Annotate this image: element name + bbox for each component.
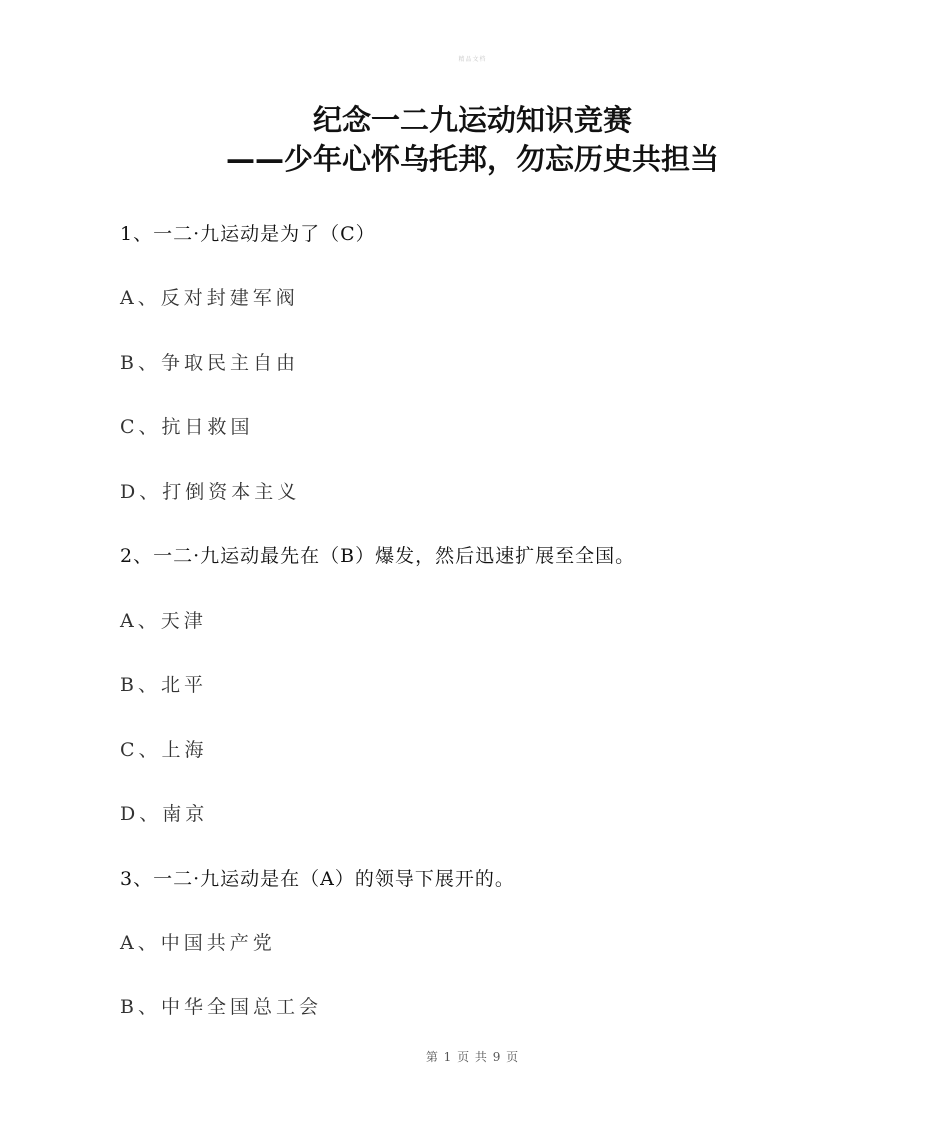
document-subtitle: ——少年心怀乌托邦，勿忘历史共担当 [0, 141, 945, 177]
page-footer: 第 1 页 共 9 页 [0, 1048, 945, 1065]
question-2-option-c: C、上海 [120, 738, 208, 762]
question-1: 1、一二·九运动是为了（C） [120, 222, 376, 246]
question-2-option-a: A、天津 [120, 609, 207, 633]
question-1-option-a: A、反对封建军阀 [120, 286, 299, 310]
question-3: 3、一二·九运动是在（A）的领导下展开的。 [120, 867, 515, 891]
question-2-option-b: B、北平 [120, 673, 207, 697]
question-3-option-b: B、中华全国总工会 [120, 995, 322, 1019]
header-watermark: 精品文档 [0, 54, 945, 63]
question-1-option-d: D、打倒资本主义 [120, 480, 300, 504]
question-1-option-b: B、争取民主自由 [120, 351, 299, 375]
document-page: 精品文档 纪念一二九运动知识竞赛 ——少年心怀乌托邦，勿忘历史共担当 1、一二·… [0, 0, 945, 1122]
document-title: 纪念一二九运动知识竞赛 [0, 102, 945, 138]
question-2-option-d: D、南京 [120, 802, 208, 826]
question-1-option-c: C、抗日救国 [120, 415, 254, 439]
question-2: 2、一二·九运动最先在（B）爆发，然后迅速扩展至全国。 [120, 544, 635, 568]
question-3-option-a: A、中国共产党 [120, 931, 276, 955]
